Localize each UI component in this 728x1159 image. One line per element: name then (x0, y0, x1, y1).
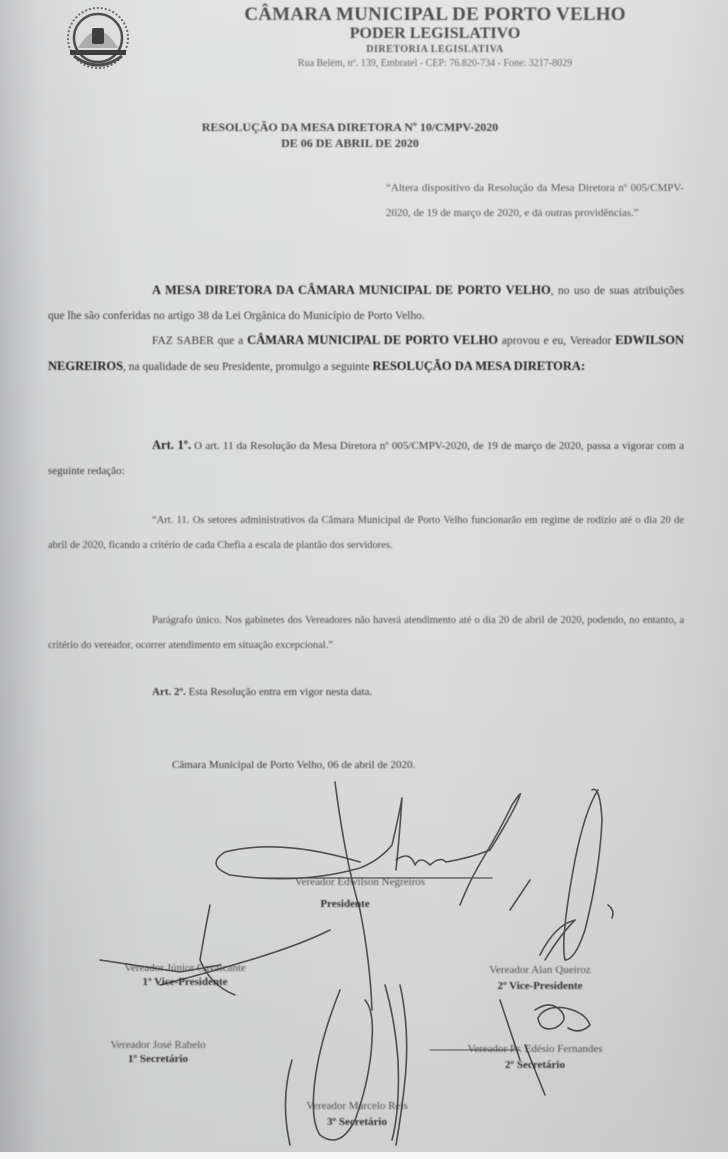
signatory-role: 2º Vice-Presidente (455, 980, 625, 992)
signatory-1st-vice-president: Vereador Júnior Cavalcante 1º Vice-Presi… (90, 962, 280, 988)
coat-of-arms-logo-icon (62, 4, 134, 76)
signatory-3rd-secretary: Vereador Marcelo Reis 3º Secretário (272, 1100, 442, 1128)
faz-saber-chamber: CÂMARA MUNICIPAL DE PORTO VELHO (247, 333, 498, 347)
signatory-name: Vereador Júnior Cavalcante (90, 962, 280, 974)
branch-name: PODER LEGISLATIVO (205, 25, 665, 43)
article-11-text: “Art. 11. Os setores administrativos da … (48, 515, 684, 551)
preamble-paragraph: A MESA DIRETORA DA CÂMARA MUNICIPAL DE P… (48, 278, 684, 329)
signatory-name: Vereador Pr. Edésio Fernandes (425, 1043, 645, 1055)
article-2-label: Art. 2º. (152, 686, 186, 698)
signatory-name: Vereador Marcelo Reis (272, 1100, 442, 1112)
article-1-text: O art. 11 da Resolução da Mesa Diretora … (48, 440, 684, 477)
article-2-text: Esta Resolução entra em vigor nesta data… (186, 686, 372, 698)
signatory-role: 1º Secretário (78, 1053, 238, 1065)
paragrafo-unico: Parágrafo único. Nos gabinetes dos Verea… (48, 608, 684, 658)
article-2: Art. 2º. Esta Resolução entra em vigor n… (152, 686, 372, 698)
signatory-role: 2º Secretário (425, 1059, 645, 1071)
signatory-1st-secretary: Vereador José Rabelo 1º Secretário (78, 1039, 238, 1065)
article-1-label: Art. 1º. (152, 438, 191, 452)
article-11-quote: “Art. 11. Os setores administrativos da … (48, 508, 684, 558)
signatory-role: 1º Vice-Presidente (90, 976, 280, 988)
signatory-name: Vereador Edwilson Negreiros (250, 876, 470, 888)
faz-saber-text-2: aprovou e eu, Vereador (498, 335, 615, 347)
closing-place-date: Câmara Municipal de Porto Velho, 06 de a… (172, 759, 415, 771)
faz-saber-paragraph: FAZ SABER que a CÂMARA MUNICIPAL DE PORT… (48, 328, 684, 380)
faz-saber-text-3: , na qualidade de seu Presidente, promul… (123, 361, 372, 373)
paragrafo-unico-text: Parágrafo único. Nos gabinetes dos Verea… (48, 615, 684, 651)
signatory-name: Vereador José Rabelo (78, 1039, 238, 1051)
signatory-name: Vereador Alan Queiroz (455, 964, 625, 976)
document-page: CÂMARA MUNICIPAL DE PORTO VELHO PODER LE… (0, 0, 728, 1152)
signatory-role: 3º Secretário (272, 1116, 442, 1128)
resolution-date: DE 06 DE ABRIL DE 2020 (150, 136, 550, 151)
article-1: Art. 1º. O art. 11 da Resolução da Mesa … (48, 433, 684, 484)
preamble-lead: A MESA DIRETORA DA CÂMARA MUNICIPAL DE P… (152, 283, 551, 297)
faz-saber-text-1: FAZ SABER que a (152, 335, 247, 347)
institution-name: CÂMARA MUNICIPAL DE PORTO VELHO (205, 4, 665, 26)
bottom-margin-strip (0, 1152, 728, 1159)
resolution-title: RESOLUÇÃO DA MESA DIRETORA Nº 10/CMPV-20… (150, 120, 550, 135)
ementa-summary: “Altera dispositivo da Resolução da Mesa… (386, 176, 684, 226)
signatory-2nd-vice-president: Vereador Alan Queiroz 2º Vice-Presidente (455, 964, 625, 992)
signatory-president: Vereador Edwilson Negreiros Presidente (250, 876, 470, 910)
department-name: DIRETORIA LEGISLATIVA (205, 44, 665, 55)
faz-saber-resolution: RESOLUÇÃO DA MESA DIRETORA: (372, 359, 585, 373)
signatory-2nd-secretary: Vereador Pr. Edésio Fernandes 2º Secretá… (425, 1043, 645, 1071)
signatory-role: Presidente (220, 898, 470, 910)
address-line: Rua Belém, nº. 139, Embratel - CEP: 76.8… (205, 58, 665, 69)
